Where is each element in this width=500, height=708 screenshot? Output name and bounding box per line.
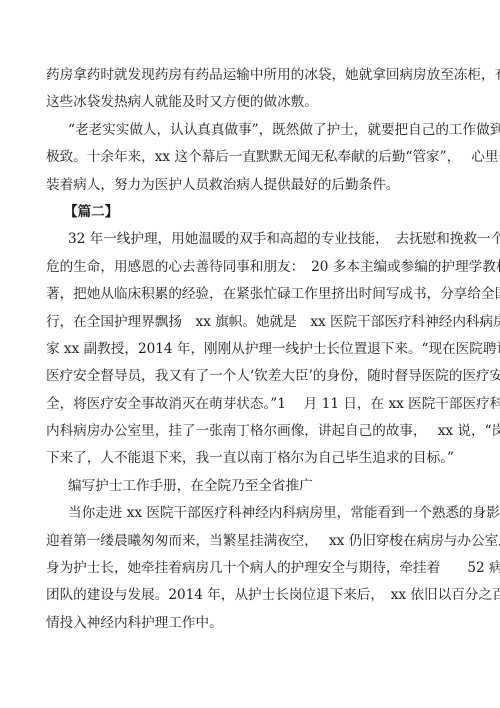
text-line: 医疗安全督导员，我又有了一个人‘钦差大臣’的身份，随时督导医院的医疗安 xyxy=(46,363,456,390)
subheading: 编写护士工作手册，在全院乃至全省推广 xyxy=(46,473,456,500)
text-line: 药房拿药时就发现药房有药品运输中所用的冰袋，她就拿回病房放至冻柜，有了 xyxy=(46,62,456,89)
text-line: 行，在全国护理界飘扬 xx 旗帜。她就是 xx 医院干部医疗科神经内科病房护理专 xyxy=(46,309,456,336)
text-line: 著，把她从临床积累的经验，在紧张忙碌工作里挤出时间写成书，分享给全国同 xyxy=(46,281,456,308)
paragraph-start: “老老实实做人，认认真真做事”，既然做了护士，就要把自己的工作做到 xyxy=(46,117,456,144)
section-heading: 【篇二】 xyxy=(46,199,456,226)
text-line: 危的生命，用感恩的心去善待同事和朋友： 20 多本主编或参编的护理学教材和专 xyxy=(46,254,456,281)
text-line: 情投入神经内科护理工作中。 xyxy=(46,610,456,637)
text-line: 迎着第一缕晨曦匆匆而来，当繁星挂满夜空， xx 仍旧穿梭在病房与办公室之间。 xyxy=(46,528,456,555)
text-line: 家 xx 副教授，2014 年，刚刚从护理一线护士长位置退下来。“现在医院聘请为 xyxy=(46,336,456,363)
text-line: 这些冰袋发热病人就能及时又方便的做冰敷。 xyxy=(46,89,456,116)
text-line: 团队的建设与发展。2014 年，从护士长岗位退下来后， xx 依旧以百分之百的热 xyxy=(46,582,456,609)
paragraph-start: 当你走进 xx 医院干部医疗科神经内科病房里，常能看到一个熟悉的身影， xyxy=(46,500,456,527)
text-line: 身为护士长，她牵挂着病房几十个病人的护理安全与期待，牵挂着 52 病室整个 xyxy=(46,555,456,582)
text-line: 全，将医疗安全事故消灭在萌芽状态。”1 月 11 日，在 xx 医院干部医疗科神… xyxy=(46,391,456,418)
text-line: 下来了，人不能退下来，我一直以南丁格尔为自己毕生追求的目标。” xyxy=(46,445,456,472)
document-page: 药房拿药时就发现药房有药品运输中所用的冰袋，她就拿回病房放至冻柜，有了 这些冰袋… xyxy=(46,62,456,637)
text-line: 极致。十余年来，xx 这个幕后一直默默无闻无私奉献的后勤“管家”， 心里一直 xyxy=(46,144,456,171)
text-line: 装着病人，努力为医护人员救治病人提供最好的后勤条件。 xyxy=(46,172,456,199)
paragraph-start: 32 年一线护理，用她温暖的双手和高超的专业技能， 去抚慰和挽救一个个垂 xyxy=(46,226,456,253)
text-line: 内科病房办公室里，挂了一张南丁格尔画像，讲起自己的故事， xx 说，“岗位退 xyxy=(46,418,456,445)
